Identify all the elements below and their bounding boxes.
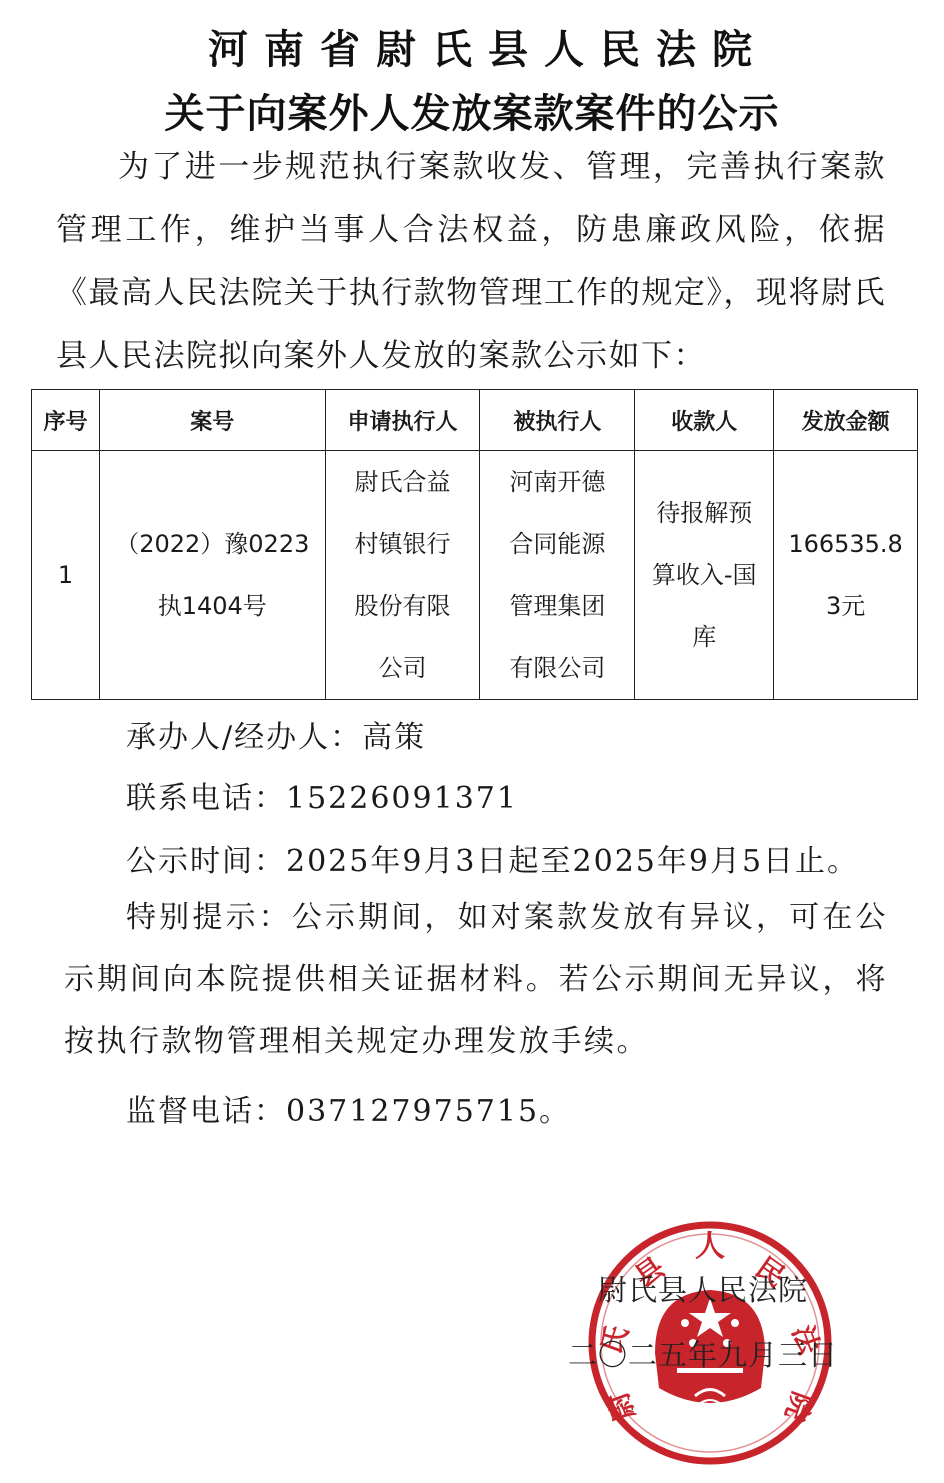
table-header-row: 序号 案号 申请执行人 被执行人 收款人 发放金额 <box>32 390 918 451</box>
header-amount: 发放金额 <box>774 390 918 451</box>
notice-period-line: 公示时间：2025年9月3日起至2025年9月5日止。 <box>126 836 859 880</box>
cell-payee: 待报解预算收入-国库 <box>635 451 774 700</box>
cell-case-no: （2022）豫0223执1404号 <box>99 451 325 700</box>
case-table: 序号 案号 申请执行人 被执行人 收款人 发放金额 1 （2022）豫0223执… <box>31 389 918 700</box>
signature-date: 二〇二五年九月三日 <box>568 1333 838 1374</box>
svg-text:人: 人 <box>695 1229 725 1264</box>
cell-respondent: 河南开德合同能源管理集团有限公司 <box>480 451 635 700</box>
document-title-court: 河南省尉氏县人民法院 <box>0 18 944 75</box>
supervision-phone-line: 监督电话：037127975715。 <box>126 1086 571 1130</box>
signature-court: 尉氏县人民法院 <box>598 1268 808 1309</box>
header-payee: 收款人 <box>635 390 774 451</box>
document-title-subject: 关于向案外人发放案款案件的公示 <box>0 82 944 139</box>
cell-index: 1 <box>32 451 100 700</box>
intro-paragraph: 为了进一步规范执行案款收发、管理，完善执行案款管理工作，维护当事人合法权益，防患… <box>56 136 886 388</box>
cell-applicant: 尉氏合益村镇银行股份有限公司 <box>325 451 480 700</box>
header-index: 序号 <box>32 390 100 451</box>
header-respondent: 被执行人 <box>480 390 635 451</box>
handler-line: 承办人/经办人：高策 <box>126 712 426 756</box>
header-case-no: 案号 <box>99 390 325 451</box>
cell-amount: 166535.83元 <box>774 451 918 700</box>
header-applicant: 申请执行人 <box>325 390 480 451</box>
contact-phone-line: 联系电话：15226091371 <box>126 773 518 817</box>
special-notice-paragraph: 特别提示：公示期间，如对案款发放有异议，可在公示期间向本院提供相关证据材料。若公… <box>64 887 888 1073</box>
table-row: 1 （2022）豫0223执1404号 尉氏合益村镇银行股份有限公司 河南开德合… <box>32 451 918 700</box>
